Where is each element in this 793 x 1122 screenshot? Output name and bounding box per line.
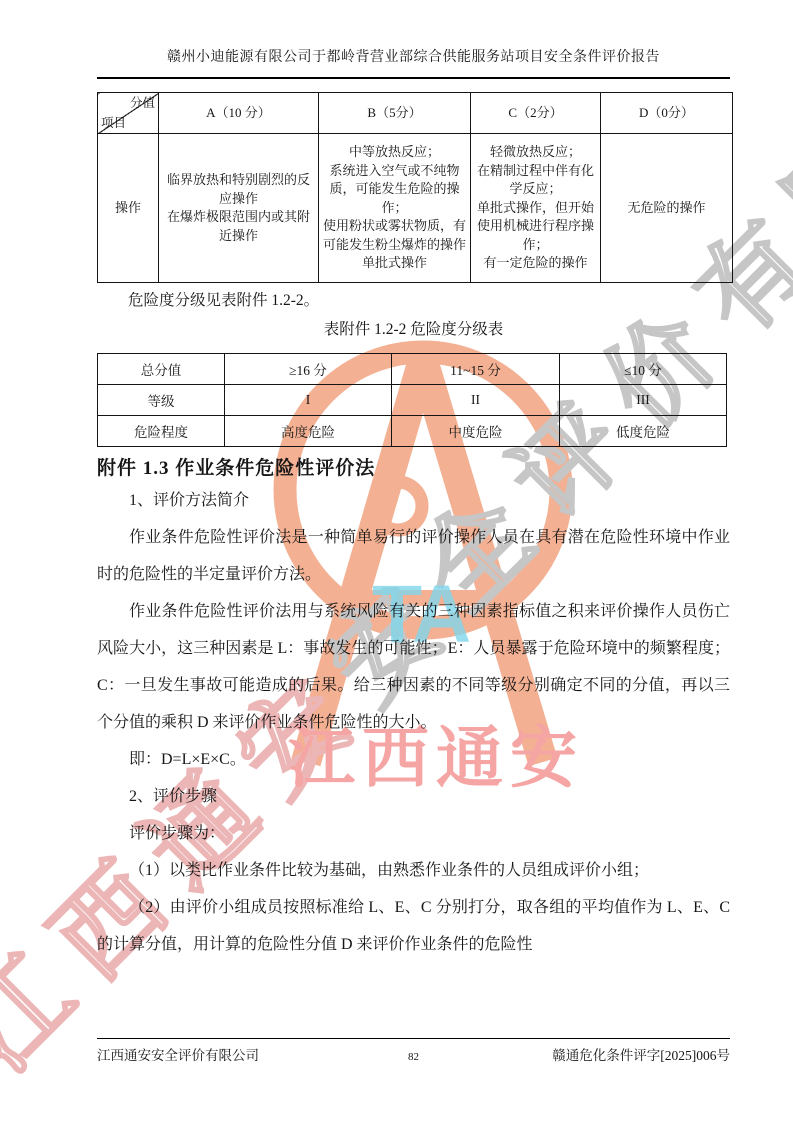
subheading-1: 1、评价方法简介	[97, 482, 730, 519]
cell-d: 无危险的操作	[601, 134, 733, 283]
paragraph-method-intro: 作业条件危险性评价法是一种简单易行的评价操作人员在具有潜在危险性环境中作业时的危…	[97, 519, 730, 593]
grade-cell: I	[225, 385, 392, 416]
corner-top-label: 分值	[130, 94, 155, 113]
score-table-row-operation: 操作 临界放热和特别剧烈的反应操作 在爆炸极限范围内或其附近操作 中等放热反应；…	[98, 134, 733, 283]
footer-doc-number: 赣通危化条件评字[2025]006号	[419, 1044, 730, 1064]
col-header-b: B（5分）	[319, 93, 471, 134]
grade-cell: 11~15 分	[392, 354, 560, 385]
cell-a-line: 在爆炸极限范围内或其附近操作	[161, 208, 316, 245]
paragraph-lec-factors: 作业条件危险性评价法用与系统风险有关的三种因素指标值之积来评价操作人员伤亡风险大…	[97, 593, 730, 741]
cell-b-line: 中等放热反应；	[321, 143, 468, 162]
score-criteria-table: 分值 项目 A（10 分） B（5分） C（2分） D（0分） 操作 临界放热和…	[97, 92, 733, 283]
corner-bottom-label: 项目	[101, 114, 126, 133]
cell-a-line: 临界放热和特别剧烈的反应操作	[161, 171, 316, 208]
risk-grade-table: 总分值 ≥16 分 11~15 分 ≤10 分 等级 I II III 危险程度…	[97, 353, 727, 447]
col-header-c: C（2分）	[471, 93, 601, 134]
grade-cell: III	[560, 385, 727, 416]
score-table-header-row: 分值 项目 A（10 分） B（5分） C（2分） D（0分）	[98, 93, 733, 134]
cell-c-line: 有一定危险的操作	[473, 254, 598, 273]
cell-c-line: 轻微放热反应；	[473, 143, 598, 162]
col-header-a: A（10 分）	[159, 93, 319, 134]
grade-cell: II	[392, 385, 560, 416]
paragraph-step-1: （1）以类比作业条件比较为基础，由熟悉作业条件的人员组成评价小组；	[97, 852, 730, 889]
cell-b-line: 单批式操作	[321, 254, 468, 273]
grade-cell: 等级	[98, 385, 225, 416]
cell-c-line: 在精制过程中伴有化学反应；	[473, 162, 598, 199]
subheading-2: 2、评价步骤	[97, 778, 730, 815]
grade-row-degree: 危险程度 高度危险 中度危险 低度危险	[98, 416, 727, 447]
row-label-operation: 操作	[98, 134, 159, 283]
footer-company: 江西通安安全评价有限公司	[97, 1044, 408, 1064]
grade-cell: ≤10 分	[560, 354, 727, 385]
cell-b-line: 系统进入空气或不纯物质，可能发生危险的操作；	[321, 162, 468, 218]
col-header-d: D（0分）	[601, 93, 733, 134]
grade-cell: 总分值	[98, 354, 225, 385]
cell-b-line: 使用粉状或雾状物质，有可能发生粉尘爆炸的操作	[321, 217, 468, 254]
section-heading: 附件 1.3 作业条件危险性评价法	[97, 455, 730, 482]
page-footer: 江西通安安全评价有限公司 82 赣通危化条件评字[2025]006号	[97, 1038, 730, 1064]
intro-paragraph: 危险度分级见表附件 1.2-2。	[97, 289, 730, 313]
grade-table-title: 表附件 1.2-2 危险度分级表	[97, 319, 730, 341]
grade-cell: 高度危险	[225, 416, 392, 447]
grade-cell: 低度危险	[560, 416, 727, 447]
grade-cell: 危险程度	[98, 416, 225, 447]
header-title: 赣州小迪能源有限公司于都岭背营业部综合供能服务站项目安全条件评价报告	[97, 46, 730, 66]
grade-row-score: 总分值 ≥16 分 11~15 分 ≤10 分	[98, 354, 727, 385]
paragraph-steps-lead: 评价步骤为：	[97, 815, 730, 852]
grade-cell: ≥16 分	[225, 354, 392, 385]
paragraph-formula: 即：D=L×E×C。	[97, 741, 730, 778]
report-page: 江西通安安全评价有限公司 TA 江西通安 赣州小迪能源有限公司于都岭背营业部综合…	[0, 0, 793, 1122]
page-header: 赣州小迪能源有限公司于都岭背营业部综合供能服务站项目安全条件评价报告	[97, 0, 730, 79]
grade-row-level: 等级 I II III	[98, 385, 727, 416]
cell-b: 中等放热反应； 系统进入空气或不纯物质，可能发生危险的操作； 使用粉状或雾状物质…	[319, 134, 471, 283]
paragraph-step-2: （2）由评价小组成员按照标准给 L、E、C 分别打分，取各组的平均值作为 L、E…	[97, 889, 730, 963]
cell-c: 轻微放热反应； 在精制过程中伴有化学反应； 单批式操作，但开始使用机械进行程序操…	[471, 134, 601, 283]
section-body: 1、评价方法简介 作业条件危险性评价法是一种简单易行的评价操作人员在具有潜在危险…	[97, 482, 730, 963]
corner-cell: 分值 项目	[98, 93, 159, 134]
page-number: 82	[408, 1051, 419, 1063]
cell-a: 临界放热和特别剧烈的反应操作 在爆炸极限范围内或其附近操作	[159, 134, 319, 283]
page-content: 赣州小迪能源有限公司于都岭背营业部综合供能服务站项目安全条件评价报告 分值 项目…	[0, 0, 793, 1122]
cell-c-line: 单批式操作，但开始使用机械进行程序操作；	[473, 199, 598, 255]
cell-d-line: 无危险的操作	[603, 199, 730, 218]
grade-cell: 中度危险	[392, 416, 560, 447]
